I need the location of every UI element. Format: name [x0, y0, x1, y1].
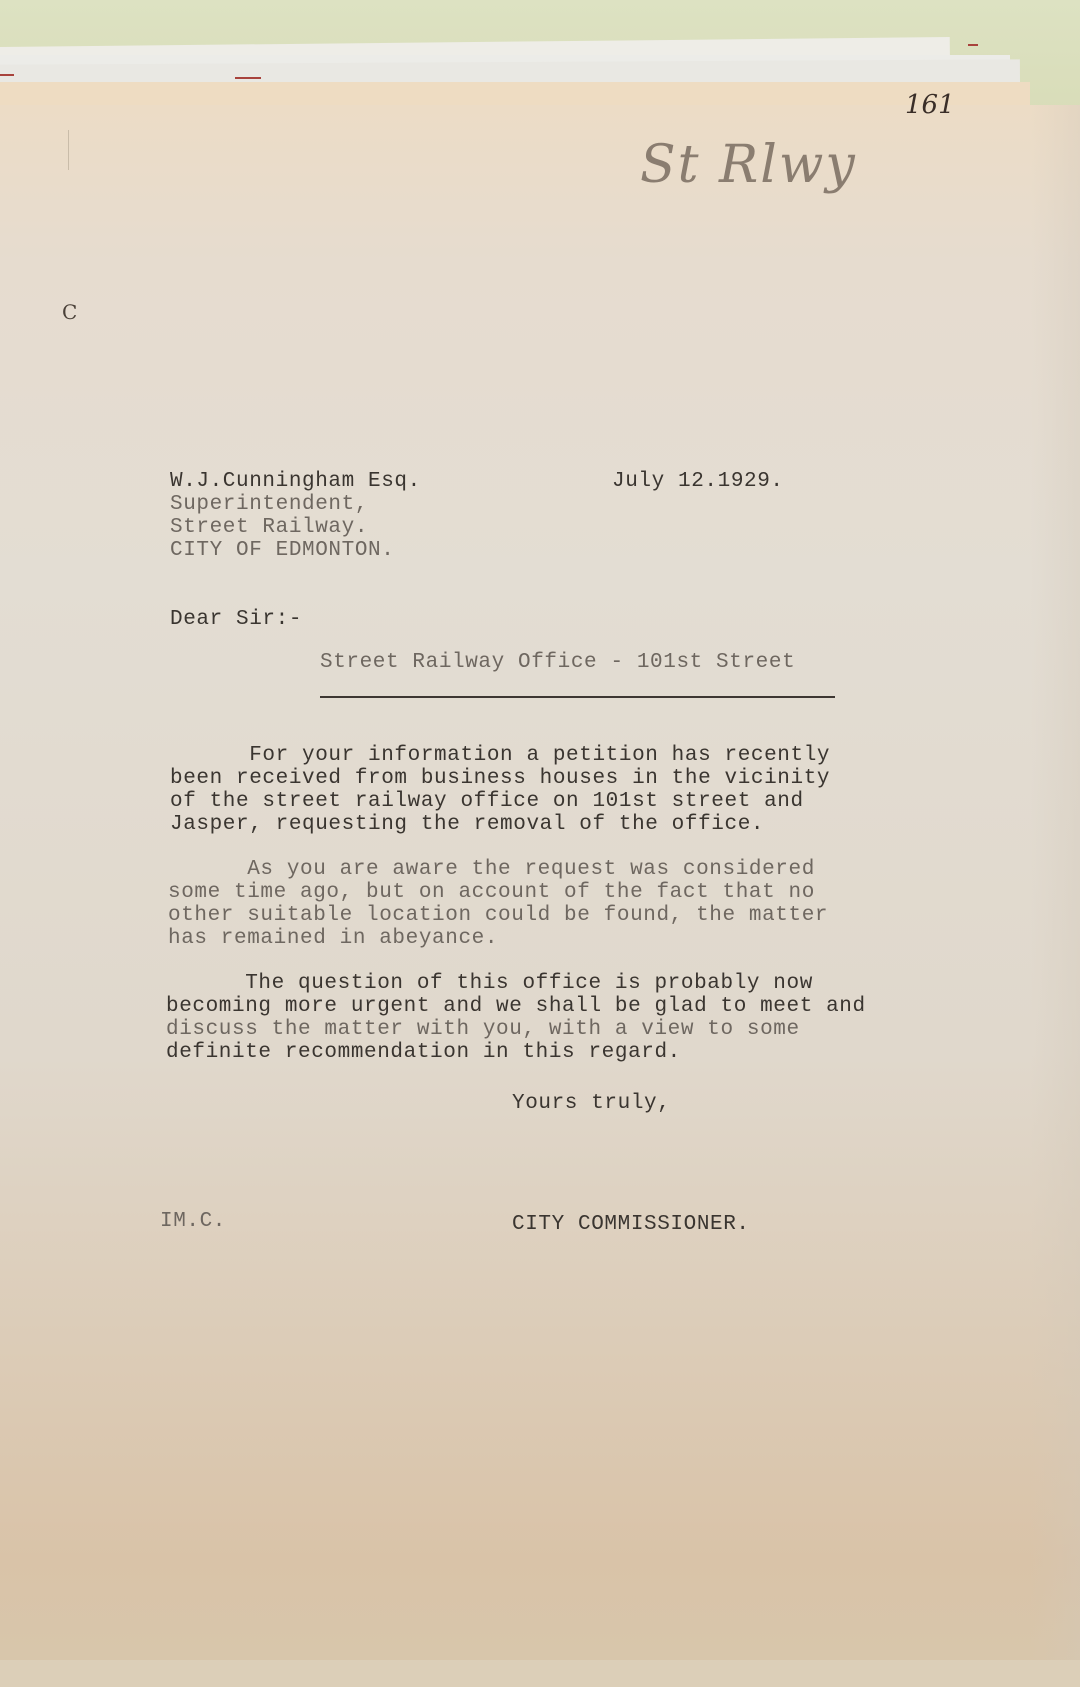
recipient-title: Superintendent, [170, 493, 368, 516]
paragraph-line: some time ago, but on account of the fac… [168, 881, 815, 904]
paragraph-line: has remained in abeyance. [168, 927, 498, 950]
paragraph-line: Jasper, requesting the removal of the of… [170, 813, 764, 836]
subject-line: Street Railway Office - 101st Street [320, 651, 795, 674]
margin-mark: C [62, 300, 77, 324]
red-mark [968, 44, 978, 46]
signature-title: CITY COMMISSIONER. [512, 1213, 750, 1236]
letter-date: July 12.1929. [612, 470, 784, 493]
paragraph-line: becoming more urgent and we shall be gla… [166, 995, 866, 1018]
paragraph-line: of the street railway office on 101st st… [170, 790, 804, 813]
paragraph-line: been received from business houses in th… [170, 767, 830, 790]
paragraph-line: other suitable location could be found, … [168, 904, 828, 927]
paragraph-line: discuss the matter with you, with a view… [166, 1018, 800, 1041]
paragraph-line: The question of this office is probably … [166, 972, 813, 995]
subject-underline [320, 696, 835, 698]
page-bottom-fold [0, 1660, 1080, 1687]
recipient-city: CITY OF EDMONTON. [170, 539, 394, 562]
paragraph-line: As you are aware the request was conside… [168, 858, 815, 881]
margin-mark-line [68, 130, 69, 170]
paragraph-line: For your information a petition has rece… [170, 744, 830, 767]
red-mark [235, 77, 261, 79]
closing: Yours truly, [512, 1092, 670, 1115]
recipient-name: W.J.Cunningham Esq. [170, 470, 421, 493]
handwritten-annotation: St Rlwy [640, 135, 857, 195]
typist-initials: IM.C. [160, 1210, 226, 1233]
red-mark [0, 74, 14, 76]
paragraph-line: definite recommendation in this regard. [166, 1041, 681, 1064]
salutation: Dear Sir:- [170, 608, 302, 631]
page-edge-shadow [1030, 105, 1080, 1687]
page-number-annotation: 161 [905, 90, 955, 120]
recipient-department: Street Railway. [170, 516, 368, 539]
